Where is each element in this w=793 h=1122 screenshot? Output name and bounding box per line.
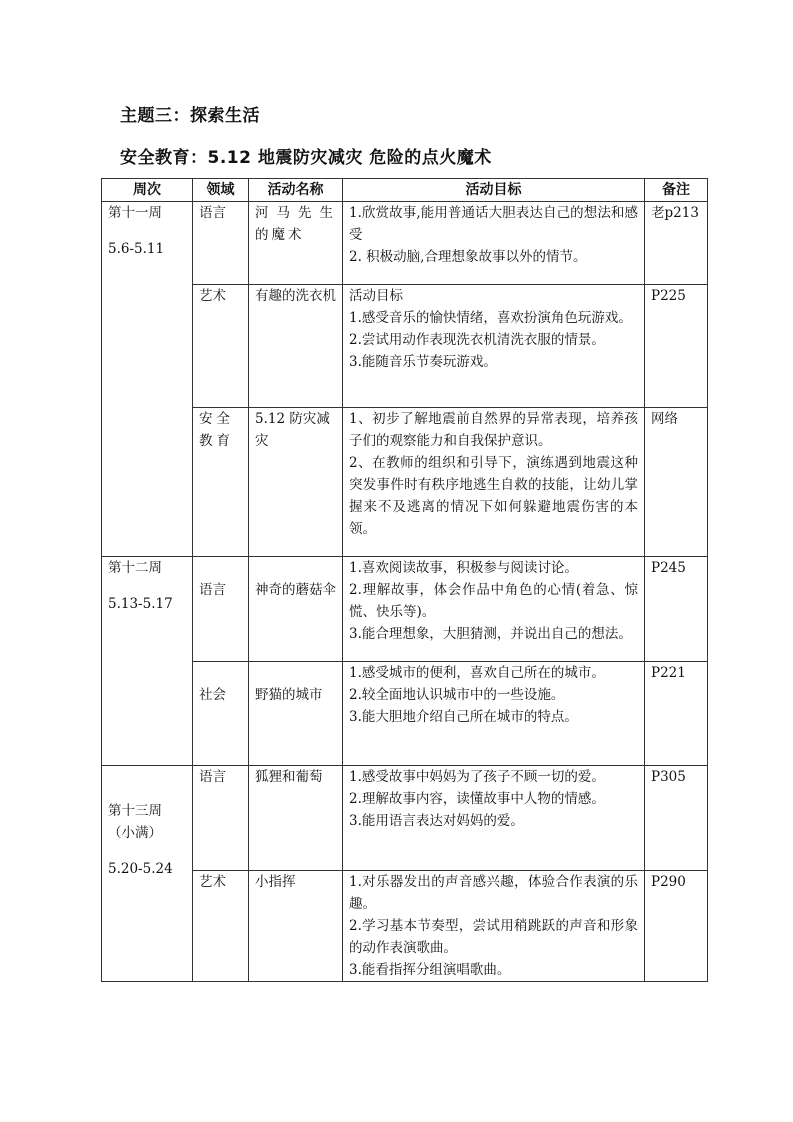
table-row: 第十三周 （小满） 5.20-5.24 语言 狐狸和葡萄 1.感受故事中妈妈为了… [102,766,708,871]
note-cell: P225 [645,285,708,408]
goal-item: 1、初步了解地震前自然界的异常表现，培养孩子们的观察能力和自我保护意识。 [349,408,638,452]
week-dates: 5.13-5.17 [108,593,186,615]
table-row: 第十二周 5.13-5.17 语言 神奇的蘑菇伞 1.喜欢阅读故事，积极参与阅读… [102,557,708,662]
table-row: 艺术 小指挥 1.对乐器发出的声音感兴趣，体验合作表演的乐趣。 2.学习基本节奏… [102,871,708,982]
goal-item: 1.感受故事中妈妈为了孩子不顾一切的爱。 [349,766,638,788]
column-header-domain: 领域 [193,179,249,202]
table-row: 第十一周 5.6-5.11 语言 河马先生的魔术 1.欣赏故事,能用普通话大胆表… [102,202,708,285]
note-cell: P221 [645,662,708,766]
domain-cell: 安全教育 [193,408,249,557]
theme-heading: 主题三：探索生活 [120,101,260,126]
column-header-week: 周次 [102,179,193,202]
note-cell: P245 [645,557,708,662]
goal-item: 3.能用语言表达对妈妈的爱。 [349,810,638,832]
goal-item: 3.能大胆地介绍自己所在城市的特点。 [349,706,638,728]
safety-heading: 安全教育：5.12 地震防灾减灾 危险的点火魔术 [120,143,492,168]
note-cell: P305 [645,766,708,871]
goal-item: 2. 积极动脑,合理想象故事以外的情节。 [349,246,638,268]
goal-item: 1.感受音乐的愉快情绪，喜欢扮演角色玩游戏。 [349,307,638,329]
goals-cell: 1.感受城市的便利，喜欢自己所在的城市。 2.较全面地认识城市中的一些设施。 3… [343,662,645,766]
week-dates: 5.6-5.11 [108,238,186,260]
goal-item: 2.学习基本节奏型，尝试用稍跳跃的声音和形象的动作表演歌曲。 [349,915,638,959]
week-dates: 5.20-5.24 [108,858,186,880]
goal-item: 3.能合理想象，大胆猜测，并说出自己的想法。 [349,623,638,645]
week-label: 第十二周 [108,557,186,579]
goal-item: 1.对乐器发出的声音感兴趣，体验合作表演的乐趣。 [349,871,638,915]
table-row: 艺术 有趣的洗衣机 活动目标 1.感受音乐的愉快情绪，喜欢扮演角色玩游戏。 2.… [102,285,708,408]
week-label: 第十三周 [108,800,186,822]
column-header-activity: 活动名称 [249,179,343,202]
activity-cell: 有趣的洗衣机 [249,285,343,408]
note-cell: 老p213 [645,202,708,285]
goal-item: 2.尝试用动作表现洗衣机清洗衣服的情景。 [349,329,638,351]
table-row: 社会 野猫的城市 1.感受城市的便利，喜欢自己所在的城市。 2.较全面地认识城市… [102,662,708,766]
activity-cell: 狐狸和葡萄 [249,766,343,871]
week-sublabel: （小满） [108,822,186,844]
activity-cell: 河马先生的魔术 [249,202,343,285]
table-row: 安全教育 5.12 防灾减灾 1、初步了解地震前自然界的异常表现，培养孩子们的观… [102,408,708,557]
goals-cell: 1.对乐器发出的声音感兴趣，体验合作表演的乐趣。 2.学习基本节奏型，尝试用稍跳… [343,871,645,982]
domain-cell: 社会 [193,662,249,766]
goal-item: 1.感受城市的便利，喜欢自己所在的城市。 [349,662,638,684]
domain-cell: 语言 [193,557,249,662]
activity-cell: 小指挥 [249,871,343,982]
goals-cell: 1、初步了解地震前自然界的异常表现，培养孩子们的观察能力和自我保护意识。 2、在… [343,408,645,557]
domain-cell: 语言 [193,766,249,871]
goal-item: 1.欣赏故事,能用普通话大胆表达自己的想法和感受 [349,202,638,246]
table-header-row: 周次 领域 活动名称 活动目标 备注 [102,179,708,202]
goal-item: 3.能看指挥分组演唱歌曲。 [349,959,638,981]
goal-item: 2.理解故事，体会作品中角色的心情(着急、惊慌、快乐等)。 [349,579,638,623]
activity-cell: 神奇的蘑菇伞 [249,557,343,662]
goal-item: 活动目标 [349,285,638,307]
note-cell: 网络 [645,408,708,557]
week-cell: 第十二周 5.13-5.17 [102,557,193,766]
goals-cell: 1.喜欢阅读故事，积极参与阅读讨论。 2.理解故事，体会作品中角色的心情(着急、… [343,557,645,662]
goal-item: 1.喜欢阅读故事，积极参与阅读讨论。 [349,557,638,579]
goals-cell: 1.感受故事中妈妈为了孩子不顾一切的爱。 2.理解故事内容，读懂故事中人物的情感… [343,766,645,871]
activity-cell: 野猫的城市 [249,662,343,766]
goals-cell: 1.欣赏故事,能用普通话大胆表达自己的想法和感受 2. 积极动脑,合理想象故事以… [343,202,645,285]
goal-item: 2.较全面地认识城市中的一些设施。 [349,684,638,706]
week-cell: 第十一周 5.6-5.11 [102,202,193,557]
week-cell: 第十三周 （小满） 5.20-5.24 [102,766,193,982]
column-header-goals: 活动目标 [343,179,645,202]
domain-cell: 艺术 [193,871,249,982]
goal-item: 2、在教师的组织和引导下，演练遇到地震这种突发事件时有秩序地逃生自救的技能，让幼… [349,452,638,540]
activity-plan-table: 周次 领域 活动名称 活动目标 备注 第十一周 5.6-5.11 语言 河马先生… [101,178,708,982]
note-cell: P290 [645,871,708,982]
goal-item: 2.理解故事内容，读懂故事中人物的情感。 [349,788,638,810]
column-header-note: 备注 [645,179,708,202]
domain-cell: 语言 [193,202,249,285]
domain-cell: 艺术 [193,285,249,408]
goal-item: 3.能随音乐节奏玩游戏。 [349,351,638,373]
week-label: 第十一周 [108,202,186,224]
goals-cell: 活动目标 1.感受音乐的愉快情绪，喜欢扮演角色玩游戏。 2.尝试用动作表现洗衣机… [343,285,645,408]
activity-cell: 5.12 防灾减灾 [249,408,343,557]
